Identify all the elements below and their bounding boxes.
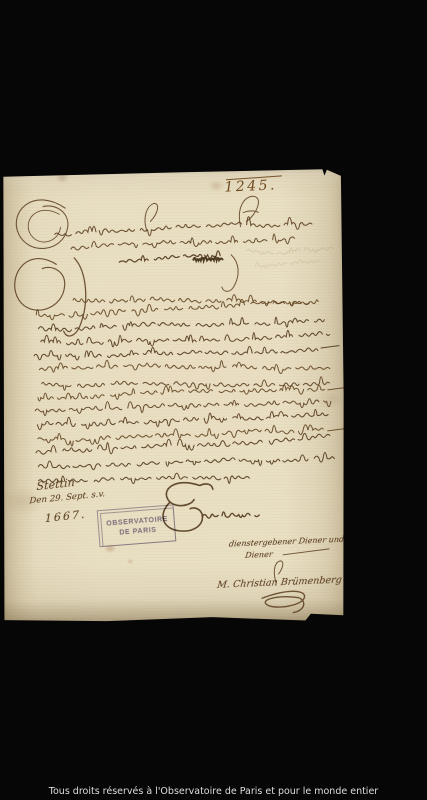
flourish-oval-inner xyxy=(28,210,61,242)
closing-line2: Diener xyxy=(245,550,274,560)
archival-number-block: 1245. xyxy=(224,176,283,195)
stamp-line2: DE PARIS xyxy=(119,525,157,537)
signature-paraph xyxy=(262,591,305,613)
flourish-ascender-1 xyxy=(145,203,158,230)
observatoire-stamp-border: OBSERVATOIRE DE PARIS xyxy=(99,507,175,547)
diener-dash xyxy=(283,549,329,555)
handwriting-line xyxy=(42,376,336,392)
handwriting-line xyxy=(38,424,346,447)
handwriting-line xyxy=(41,330,335,349)
handwriting-line xyxy=(35,397,336,416)
handwriting-line xyxy=(255,259,326,268)
handwriting-line xyxy=(39,356,333,379)
flourish-initial-stem xyxy=(62,258,86,336)
bold-word xyxy=(193,257,223,260)
observatoire-stamp: OBSERVATOIRE DE PARIS xyxy=(97,504,177,547)
handwriting-line xyxy=(36,433,335,455)
flourish-salutation-swoosh xyxy=(221,255,238,292)
handwriting-line xyxy=(119,251,224,263)
generated-handwriting xyxy=(31,215,345,522)
handwriting-line xyxy=(202,511,266,518)
handwriting-line xyxy=(71,233,299,250)
handwriting-line xyxy=(247,247,339,255)
handwriting-line xyxy=(37,409,332,430)
handwriting-line xyxy=(54,215,318,237)
handwriting-line xyxy=(38,452,341,471)
handwriting-layer xyxy=(0,169,346,624)
handwriting-line xyxy=(38,382,346,401)
copyright-caption: Tous droits réservés à l'Observatoire de… xyxy=(0,786,427,797)
photo-background: 1245. Stettin Den 29. Sept. s.v. 1667. O… xyxy=(0,0,427,800)
archival-number: 1245. xyxy=(224,177,283,195)
manuscript-page: 1245. Stettin Den 29. Sept. s.v. 1667. O… xyxy=(0,169,346,624)
flourish-ascender-2 xyxy=(239,196,259,226)
flourish-initial-loop xyxy=(14,258,65,311)
handwriting-line xyxy=(34,344,339,361)
